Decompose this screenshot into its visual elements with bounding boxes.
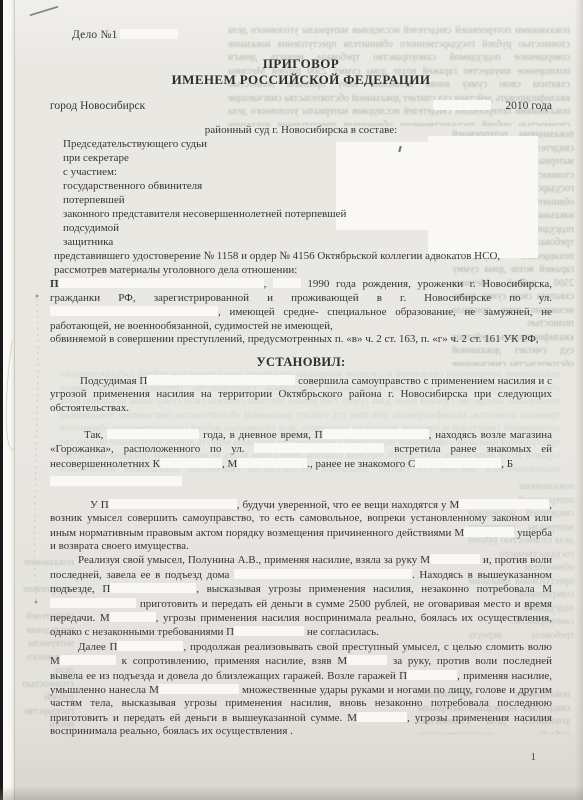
role-prosecutor: государственного обвинителя [50, 179, 552, 193]
document-title: ПРИГОВОР ИМЕНЕМ РОССИЙСКОЙ ФЕДЕРАЦИИ [50, 56, 552, 88]
text-segment: при секретаре [63, 152, 129, 164]
page-bottom-shadow [0, 786, 583, 800]
text-segment: к сопротивлению, применяя насилие, взяв … [116, 655, 347, 667]
text-segment: законного представителя несовершеннолетн… [63, 208, 346, 220]
redaction [117, 641, 183, 651]
redaction [159, 684, 239, 694]
redaction [464, 527, 514, 537]
redaction [433, 100, 491, 110]
redaction [109, 499, 237, 509]
case-number-label: Дело №1 [72, 29, 118, 41]
city-label: город Новосибирск [50, 100, 145, 112]
redaction [459, 499, 549, 509]
role-defender: защитника [50, 235, 552, 249]
text-segment: , [264, 278, 273, 290]
para-tak: Так, года, в дневное время, П, находясь … [50, 428, 552, 471]
text-segment: потерпевшей [63, 194, 125, 206]
title-line-1: ПРИГОВОР [50, 56, 552, 72]
text-segment: Подсудимая П [80, 375, 147, 387]
redaction [237, 458, 307, 468]
credentials-line: представившего удостоверение № 1158 и ор… [50, 249, 552, 263]
text-segment: года, в дневное время, П [199, 429, 322, 441]
text-segment: подсудимой [63, 222, 119, 234]
document-content: Дело №1 ПРИГОВОР ИМЕНЕМ РОССИЙСКОЙ ФЕДЕР… [0, 0, 583, 739]
text-segment: Реализуя свой умысел, Полунина А.В., при… [78, 554, 430, 566]
text-segment: с участием: [63, 166, 117, 178]
charges-line: обвиняемой в совершении преступлений, пр… [50, 333, 552, 346]
text-segment: защитника [63, 236, 113, 248]
text-segment: Далее П [78, 641, 117, 653]
redaction [110, 612, 156, 622]
text-segment: Так, [84, 429, 107, 441]
case-review-line: рассмотрев материалы уголовного дела отн… [50, 263, 552, 277]
redaction [234, 569, 412, 579]
redaction [357, 712, 407, 722]
redaction [147, 375, 295, 385]
text-segment: , М [222, 458, 237, 470]
redaction [59, 278, 264, 288]
role-victim: потерпевшей [50, 193, 552, 207]
text-segment: УСТАНОВИЛ: [257, 355, 346, 369]
case-number-row: Дело №1 [50, 28, 552, 45]
redaction [430, 554, 480, 564]
redaction [50, 476, 182, 486]
text-segment: ., ранее не знакомого С [307, 458, 415, 470]
document-body: районный суд г. Новосибирска в составе:П… [50, 124, 552, 739]
text-segment: Председательствующего судьи [63, 138, 207, 150]
title-line-2: ИМЕНЕМ РОССИЙСКОЙ ФЕДЕРАЦИИ [50, 72, 552, 88]
city-date-row: город Новосибирск 2010 года [50, 99, 552, 115]
page-number: 1 [531, 751, 537, 763]
para-realizuya: Реализуя свой умысел, Полунина А.В., при… [50, 553, 552, 639]
para-umysel: У П, будучи уверенной, что ее вещи наход… [50, 498, 552, 554]
redaction [160, 458, 222, 468]
redaction [60, 655, 116, 665]
redaction [50, 306, 218, 316]
role-secretary: при секретаре [50, 151, 552, 165]
court-line: районный суд г. Новосибирска в составе: [50, 124, 552, 137]
redaction [110, 583, 196, 593]
redaction [107, 429, 199, 439]
text-segment: , будучи уверенной, что ее вещи находятс… [237, 499, 460, 511]
text-segment: рассмотрев материалы уголовного дела отн… [54, 264, 297, 276]
redaction [273, 278, 301, 288]
redaction [120, 29, 178, 39]
role-legal-representative: законного представителя несовершеннолетн… [50, 207, 552, 221]
text-segment: обвиняемой в совершении преступлений, пр… [50, 333, 539, 345]
ustanovil-heading: УСТАНОВИЛ: [50, 356, 552, 369]
para-intro: Подсудимая П совершила самоуправство с п… [50, 374, 552, 415]
text-segment: , Б [501, 458, 513, 470]
role-participation: с участием: [50, 165, 552, 179]
date-year-label: 2010 года [505, 100, 552, 112]
redaction [234, 626, 304, 636]
text-segment: , высказывая угрозы применения насилия, … [196, 583, 552, 595]
accused-description: П, 1990 года рождения, уроженки г. Новос… [50, 277, 552, 333]
role-judge: Председательствующего судьи [50, 137, 552, 151]
text-segment: районный суд г. Новосибирска в составе: [205, 124, 397, 136]
text-segment: государственного обвинителя [63, 180, 202, 192]
text-segment: У П [90, 499, 109, 511]
para-dalee: Далее П, продолжая реализовывать свой пр… [50, 640, 552, 739]
redaction [415, 458, 501, 468]
redaction [50, 598, 136, 608]
redaction [407, 670, 457, 680]
role-defendant: подсудимой [50, 221, 552, 235]
redaction [323, 429, 429, 439]
text-segment: не согласилась. [304, 626, 379, 638]
scanned-document-page: показаниями потерпевшей свидетелей иссле… [0, 0, 583, 800]
text-segment: П [50, 278, 59, 290]
text-segment: представившего удостоверение № 1158 и ор… [54, 250, 500, 262]
redacted-line [50, 475, 552, 489]
redaction [254, 443, 384, 453]
redaction [347, 655, 387, 665]
